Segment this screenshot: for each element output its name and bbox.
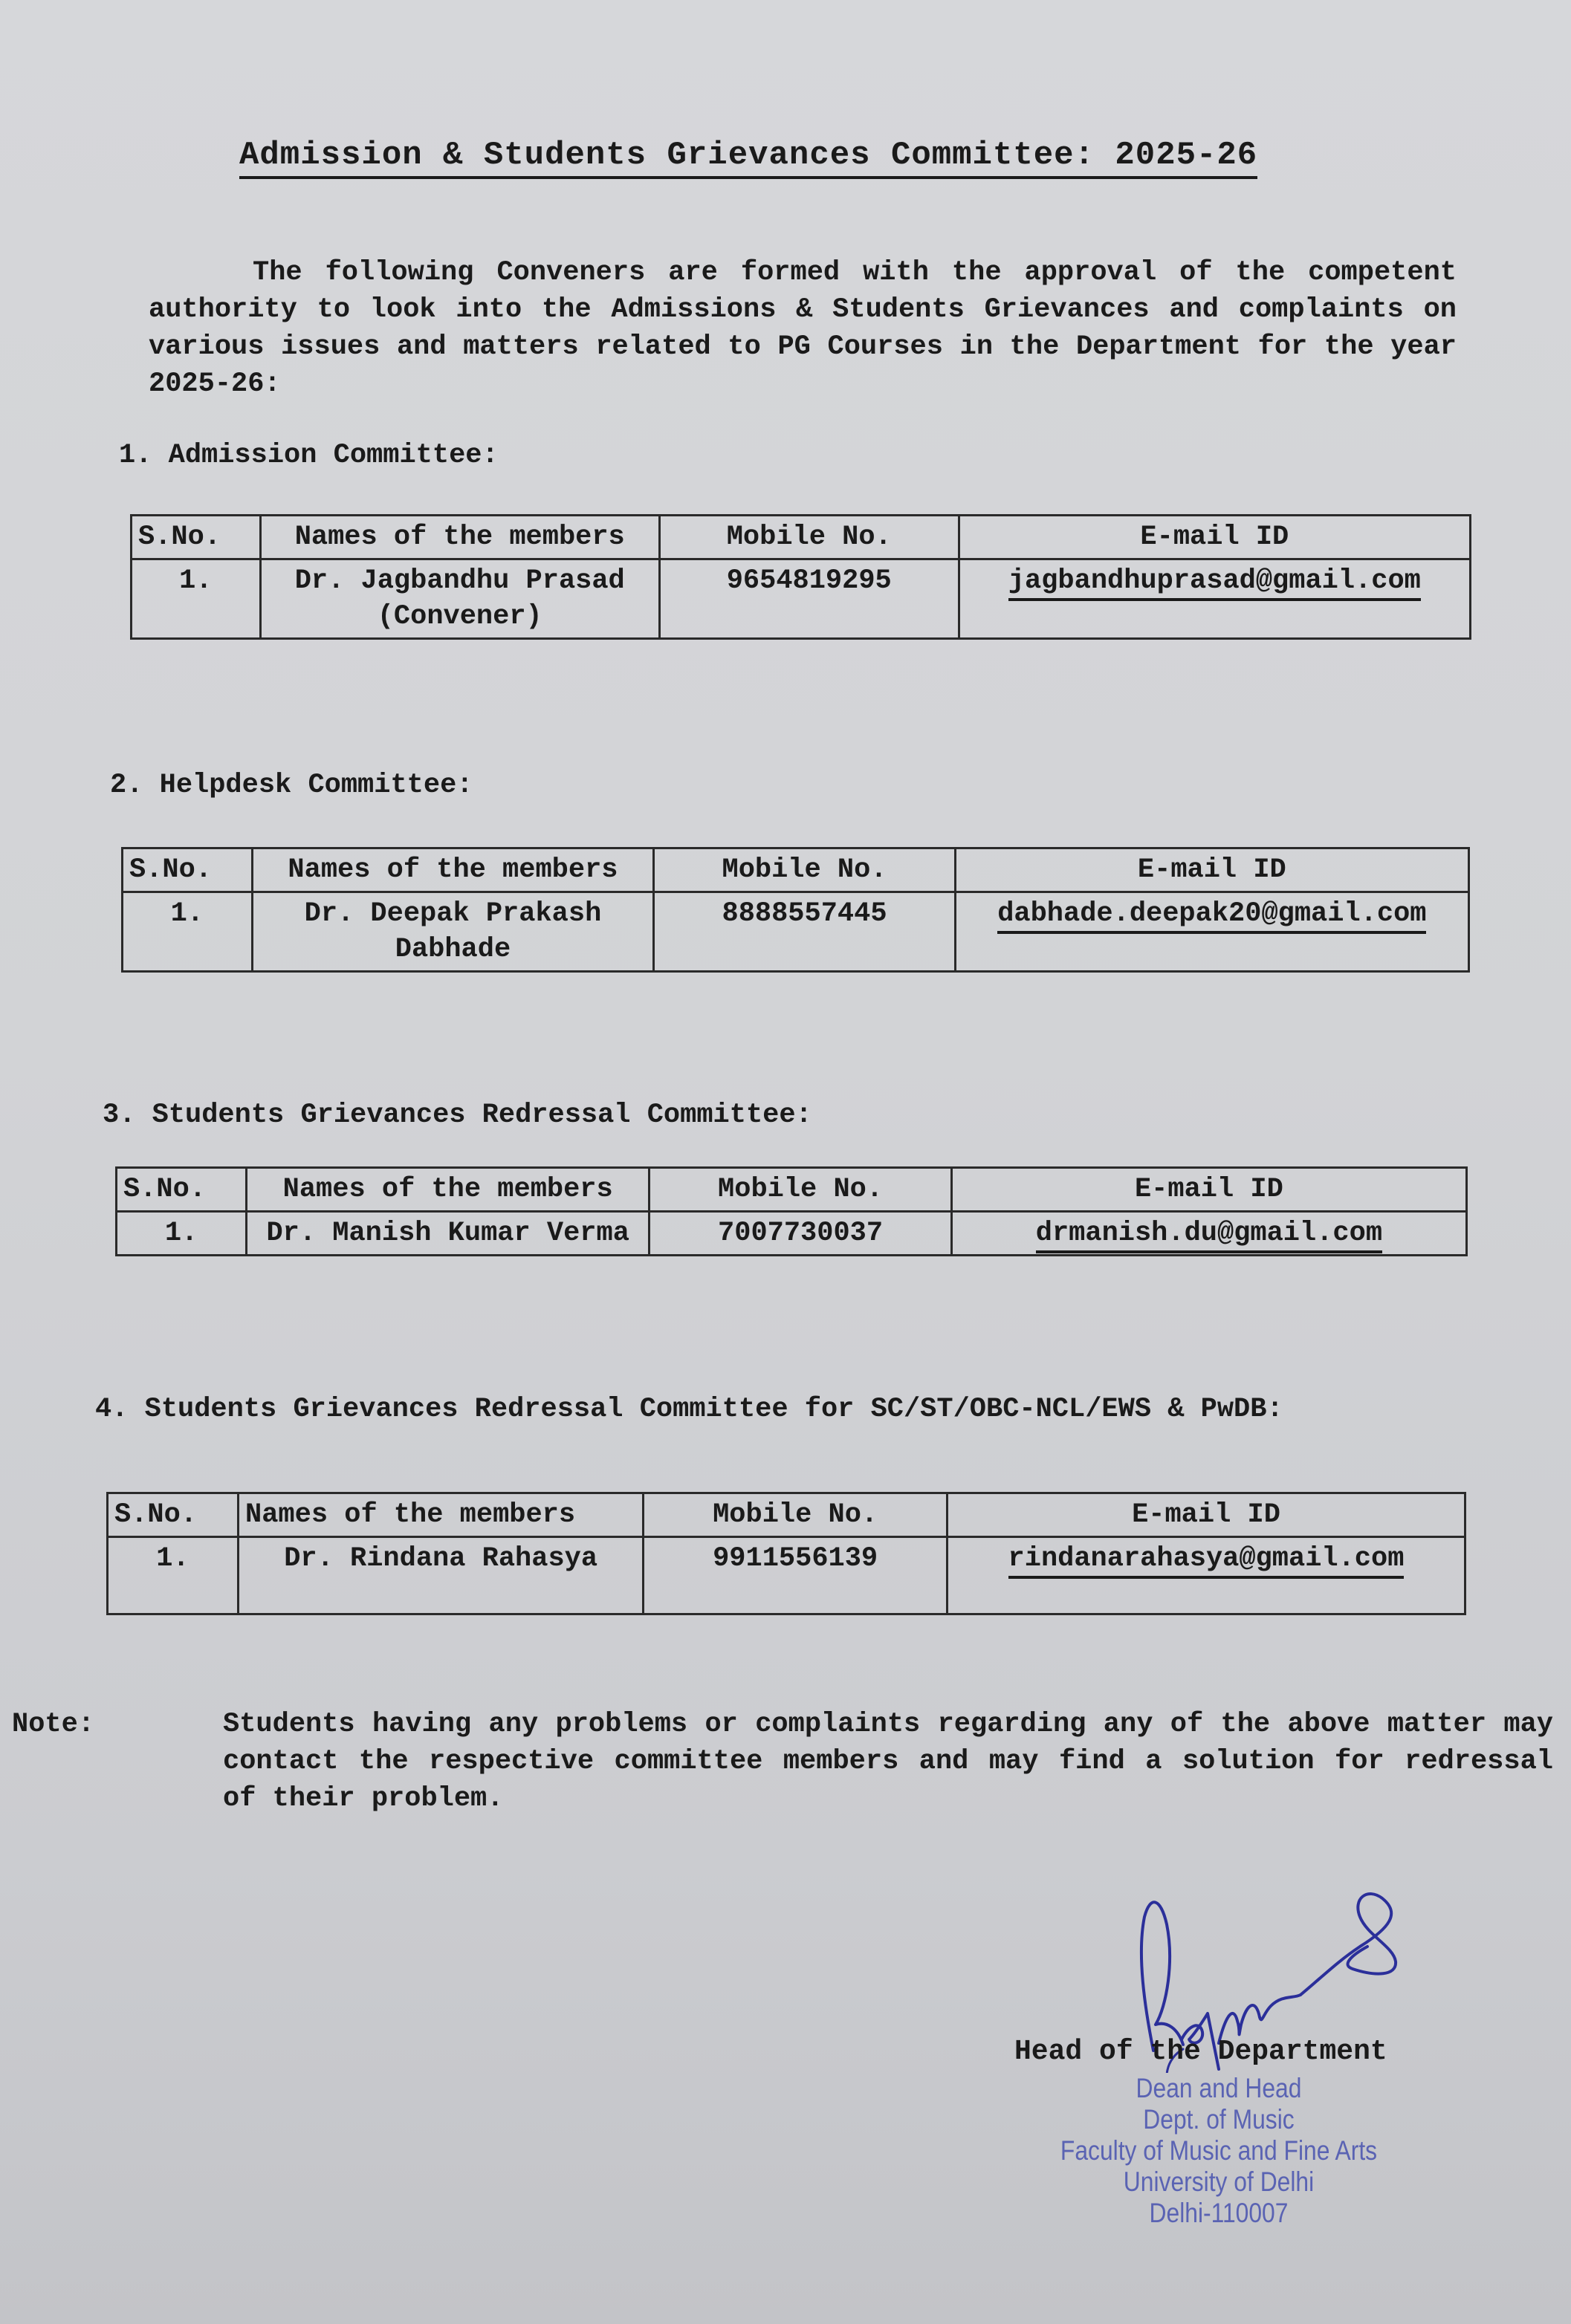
- cell-name: Dr. Rindana Rahasya: [239, 1537, 644, 1614]
- signatory-title: Head of the Department: [1014, 2036, 1387, 2068]
- grievances-committee-table: S.No. Names of the members Mobile No. E-…: [115, 1166, 1468, 1256]
- cell-name: Dr. Jagbandhu Prasad (Convener): [260, 559, 659, 639]
- header-sno: S.No.: [123, 848, 253, 892]
- section-heading-grievances: 3. Students Grievances Redressal Committ…: [103, 1100, 812, 1131]
- cell-email[interactable]: dabhade.deepak20@gmail.com: [955, 892, 1468, 972]
- email-link[interactable]: drmanish.du@gmail.com: [1036, 1218, 1382, 1253]
- header-name: Names of the members: [247, 1168, 650, 1212]
- document-page: Admission & Students Grievances Committe…: [0, 0, 1571, 2324]
- email-link[interactable]: rindanarahasya@gmail.com: [1008, 1543, 1405, 1579]
- cell-mobile: 8888557445: [654, 892, 955, 972]
- official-stamp: Dean and Head Dept. of Music Faculty of …: [1040, 2073, 1398, 2229]
- table-row: 1. Dr. Rindana Rahasya 9911556139 rindan…: [108, 1537, 1465, 1614]
- header-mobile: Mobile No.: [650, 1168, 951, 1212]
- cell-mobile: 9654819295: [659, 559, 959, 639]
- cell-email[interactable]: drmanish.du@gmail.com: [951, 1212, 1466, 1256]
- header-name: Names of the members: [252, 848, 654, 892]
- header-sno: S.No.: [132, 516, 261, 559]
- email-link[interactable]: jagbandhuprasad@gmail.com: [1008, 565, 1421, 601]
- cell-email[interactable]: jagbandhuprasad@gmail.com: [959, 559, 1470, 639]
- admission-committee-table: S.No. Names of the members Mobile No. E-…: [130, 514, 1471, 640]
- header-sno: S.No.: [117, 1168, 247, 1212]
- cell-name: Dr. Manish Kumar Verma: [247, 1212, 650, 1256]
- helpdesk-committee-table: S.No. Names of the members Mobile No. E-…: [121, 847, 1470, 973]
- header-mobile: Mobile No.: [659, 516, 959, 559]
- cell-sno: 1.: [117, 1212, 247, 1256]
- header-name: Names of the members: [239, 1493, 644, 1537]
- section-heading-reserved-category: 4. Students Grievances Redressal Committ…: [95, 1394, 1283, 1425]
- cell-sno: 1.: [123, 892, 253, 972]
- table-row: 1. Dr. Jagbandhu Prasad (Convener) 96548…: [132, 559, 1471, 639]
- note-paragraph: Note:Students having any problems or com…: [117, 1706, 1553, 1817]
- table-header-row: S.No. Names of the members Mobile No. E-…: [123, 848, 1469, 892]
- header-email: E-mail ID: [959, 516, 1470, 559]
- table-row: 1. Dr. Manish Kumar Verma 7007730037 drm…: [117, 1212, 1467, 1256]
- cell-sno: 1.: [108, 1537, 239, 1614]
- header-mobile: Mobile No.: [644, 1493, 948, 1537]
- section-heading-admission: 1. Admission Committee:: [119, 440, 499, 471]
- stamp-line: Dean and Head: [1040, 2073, 1398, 2104]
- header-sno: S.No.: [108, 1493, 239, 1537]
- table-row: 1. Dr. Deepak Prakash Dabhade 8888557445…: [123, 892, 1469, 972]
- cell-sno: 1.: [132, 559, 261, 639]
- stamp-line: Dept. of Music: [1040, 2104, 1398, 2135]
- header-mobile: Mobile No.: [654, 848, 955, 892]
- stamp-line: University of Delhi: [1040, 2166, 1398, 2198]
- document-title: Admission & Students Grievances Committe…: [239, 137, 1257, 179]
- table-header-row: S.No. Names of the members Mobile No. E-…: [132, 516, 1471, 559]
- stamp-line: Delhi-110007: [1040, 2198, 1398, 2229]
- cell-email[interactable]: rindanarahasya@gmail.com: [947, 1537, 1465, 1614]
- email-link[interactable]: dabhade.deepak20@gmail.com: [997, 898, 1426, 934]
- section-heading-helpdesk: 2. Helpdesk Committee:: [110, 770, 473, 801]
- table-header-row: S.No. Names of the members Mobile No. E-…: [108, 1493, 1465, 1537]
- note-label: Note:: [117, 1706, 223, 1743]
- cell-mobile: 9911556139: [644, 1537, 948, 1614]
- cell-name: Dr. Deepak Prakash Dabhade: [252, 892, 654, 972]
- header-email: E-mail ID: [947, 1493, 1465, 1537]
- reserved-category-committee-table: S.No. Names of the members Mobile No. E-…: [106, 1492, 1466, 1615]
- table-header-row: S.No. Names of the members Mobile No. E-…: [117, 1168, 1467, 1212]
- stamp-line: Faculty of Music and Fine Arts: [1040, 2135, 1398, 2166]
- intro-paragraph: The following Conveners are formed with …: [149, 254, 1457, 403]
- header-email: E-mail ID: [951, 1168, 1466, 1212]
- cell-mobile: 7007730037: [650, 1212, 951, 1256]
- header-email: E-mail ID: [955, 848, 1468, 892]
- header-name: Names of the members: [260, 516, 659, 559]
- note-text: Students having any problems or complain…: [223, 1709, 1553, 1814]
